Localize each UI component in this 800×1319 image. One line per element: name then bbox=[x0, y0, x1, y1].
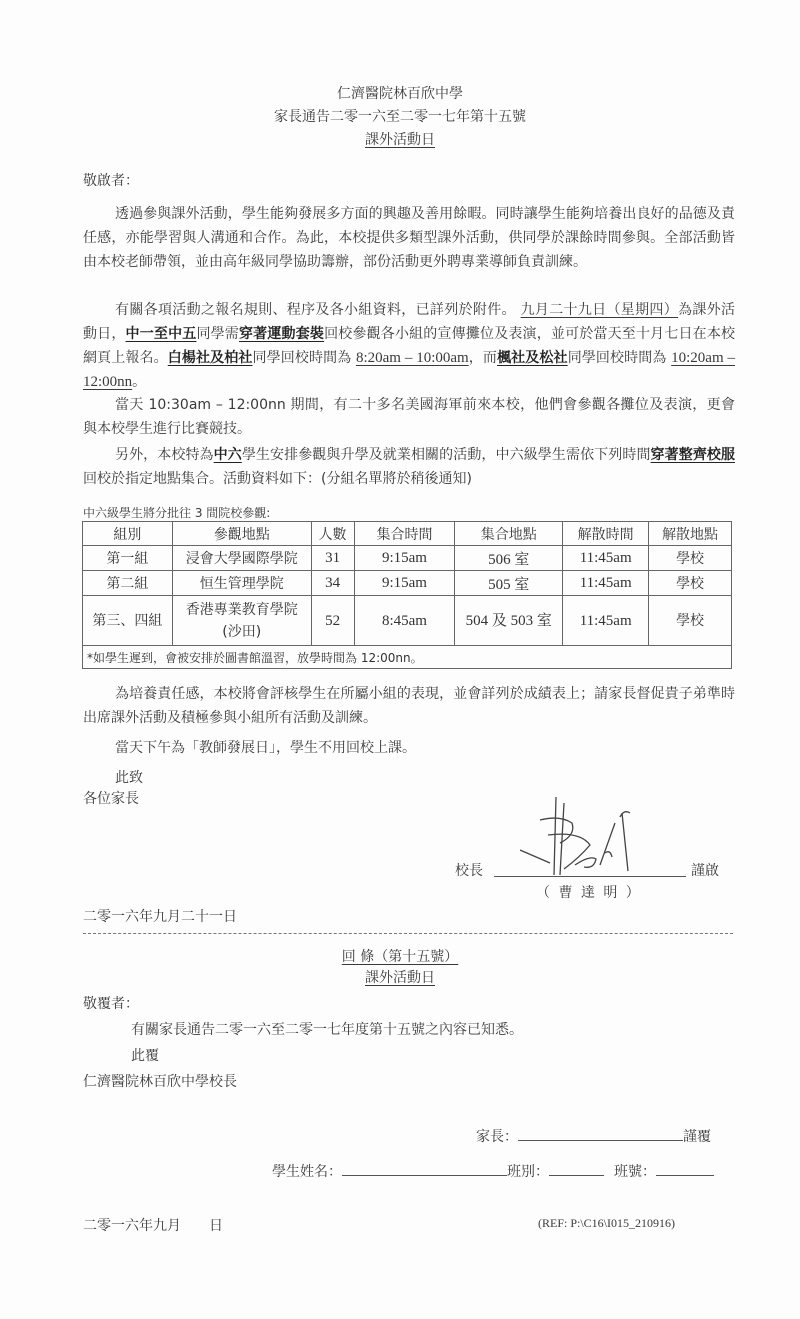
form6-label: 中六 bbox=[214, 447, 242, 463]
principal-label: 校長 bbox=[455, 860, 483, 880]
houses-group-2: 楓社及松社 bbox=[497, 350, 568, 366]
p2-text-5: 同學回校時間為 bbox=[253, 350, 356, 366]
salutation: 敬啟者： bbox=[83, 170, 139, 190]
forms-range: 中一至中五 bbox=[126, 326, 197, 342]
p2-text-8: 。 bbox=[132, 374, 146, 390]
class-number-label: 班號： bbox=[614, 1164, 656, 1180]
table-row: 第一組 浸會大學國際學院 31 9:15am 506 室 11:45am 學校 bbox=[83, 546, 732, 571]
notice-number: 家長通告二零一六至二零一七年第十五號 bbox=[0, 106, 800, 126]
notice-date: 二零一六年九月二十一日 bbox=[83, 906, 237, 926]
visit-schedule-table: 組別 參觀地點 人數 集合時間 集合地點 解散時間 解散地點 第一組 浸會大學國… bbox=[82, 521, 732, 669]
cell-group: 第三、四組 bbox=[83, 596, 173, 646]
col-header-place: 參觀地點 bbox=[172, 522, 311, 546]
cell-dismiss-time: 11:45am bbox=[563, 546, 649, 571]
student-name-input[interactable] bbox=[342, 1161, 507, 1176]
parent-label: 家長： bbox=[476, 1129, 518, 1145]
uniform-requirement: 穿著整齊校服 bbox=[651, 447, 735, 463]
class-label: 班別： bbox=[507, 1164, 549, 1180]
school-name: 仁濟醫院林百欣中學 bbox=[0, 83, 800, 103]
reference-code: (REF: P:\C16\I015_210916) bbox=[538, 1216, 675, 1231]
p2-text-6: ，而 bbox=[469, 350, 497, 366]
principal-signature bbox=[520, 795, 660, 880]
paragraph-intro: 透過參與課外活動，學生能夠發展多方面的興趣及善用餘暇。同時讓學生能夠培養出良好的… bbox=[83, 202, 735, 274]
recipients: 各位家長 bbox=[83, 788, 139, 808]
reply-subject: 課外活動日 bbox=[365, 970, 435, 986]
cell-dismiss-place: 學校 bbox=[649, 546, 732, 571]
cell-count: 31 bbox=[311, 546, 354, 571]
class-number-input[interactable] bbox=[656, 1161, 714, 1176]
p4-text-2: 學生安排參觀與升學及就業相關的活動，中六級學生需依下列時間 bbox=[242, 447, 651, 463]
cell-assembly-time: 8:45am bbox=[354, 596, 455, 646]
respect-closing: 謹啟 bbox=[691, 860, 719, 880]
cell-assembly-time: 9:15am bbox=[354, 546, 455, 571]
signature-line bbox=[494, 876, 686, 877]
cell-dismiss-place: 學校 bbox=[649, 596, 732, 646]
parent-respect: 謹覆 bbox=[683, 1129, 711, 1145]
reply-subject-wrap: 課外活動日 bbox=[0, 967, 800, 987]
ci-zhi: 此致 bbox=[115, 767, 143, 787]
paragraph-teacher-dev-day: 當天下午為「教師發展日」，學生不用回校上課。 bbox=[115, 737, 416, 757]
cell-dismiss-place: 學校 bbox=[649, 571, 732, 596]
paragraph-form6: 另外，本校特為中六學生安排參觀與升學及就業相關的活動，中六級學生需依下列時間穿著… bbox=[83, 443, 735, 491]
houses-group-1: 白楊社及柏社 bbox=[168, 350, 253, 366]
reply-date: 二零一六年九月 日 bbox=[83, 1215, 223, 1235]
p2-text-1: 有關各項活動之報名規則、程序及各小組資料，已詳列於附件。 bbox=[115, 302, 521, 318]
paragraph-activity-day: 有關各項活動之報名規則、程序及各小組資料，已詳列於附件。 九月二十九日（星期四）… bbox=[83, 298, 735, 394]
parent-signature-input[interactable] bbox=[518, 1126, 683, 1141]
tear-off-line bbox=[83, 933, 733, 934]
cell-count: 34 bbox=[311, 571, 354, 596]
cell-place: 浸會大學國際學院 bbox=[172, 546, 311, 571]
cell-group: 第一組 bbox=[83, 546, 173, 571]
table-note-row: *如學生遲到，會被安排於圖書館溫習，放學時間為 12:00nn。 bbox=[83, 646, 732, 669]
col-header-assembly-place: 集合地點 bbox=[455, 522, 563, 546]
reply-salutation: 敬覆者： bbox=[83, 993, 139, 1013]
attire-requirement: 穿著運動套裝 bbox=[239, 326, 324, 342]
col-header-count: 人數 bbox=[311, 522, 354, 546]
cell-assembly-place: 506 室 bbox=[455, 546, 563, 571]
col-header-dismiss-time: 解散時間 bbox=[563, 522, 649, 546]
student-info-field: 學生姓名：班別：班號： bbox=[272, 1161, 714, 1181]
col-header-assembly-time: 集合時間 bbox=[354, 522, 455, 546]
reply-body: 有關家長通告二零一六至二零一七年度第十五號之內容已知悉。 bbox=[131, 1019, 523, 1039]
p4-text-1: 另外，本校特為 bbox=[115, 447, 214, 463]
principal-name: （ 曹 達 明 ） bbox=[536, 882, 642, 902]
notice-subject-text: 課外活動日 bbox=[365, 132, 435, 148]
cell-assembly-place: 505 室 bbox=[455, 571, 563, 596]
p2-text-3: 同學需 bbox=[196, 326, 239, 342]
late-note: *如學生遲到，會被安排於圖書館溫習，放學時間為 12:00nn。 bbox=[83, 646, 732, 669]
parent-signature-field: 家長：謹覆 bbox=[476, 1126, 711, 1146]
paragraph-navy-visit: 當天 10:30am – 12:00nn 期間，有二十多名美國海軍前來本校，他們… bbox=[83, 393, 735, 441]
paragraph-assessment: 為培養責任感，本校將會評核學生在所屬小組的表現，並會詳列於成績表上；請家長督促貴… bbox=[83, 682, 735, 730]
notice-subject: 課外活動日 bbox=[0, 129, 800, 149]
cell-place: 恒生管理學院 bbox=[172, 571, 311, 596]
cell-group: 第二組 bbox=[83, 571, 173, 596]
p4-text-3: 回校於指定地點集合。活動資料如下：(分組名單將於稍後通知) bbox=[83, 471, 472, 487]
cell-count: 52 bbox=[311, 596, 354, 646]
cell-assembly-place: 504 及 503 室 bbox=[455, 596, 563, 646]
cell-dismiss-time: 11:45am bbox=[563, 571, 649, 596]
reply-ci-fu: 此覆 bbox=[131, 1045, 159, 1065]
reply-recipient: 仁濟醫院林百欣中學校長 bbox=[83, 1071, 237, 1091]
cell-dismiss-time: 11:45am bbox=[563, 596, 649, 646]
student-name-label: 學生姓名： bbox=[272, 1164, 342, 1180]
cell-place-line1: 香港專業教育學院 bbox=[173, 599, 311, 621]
table-caption: 中六級學生將分批往 3 間院校參觀: bbox=[83, 504, 270, 521]
reply-title-wrap: 回 條（第十五號） bbox=[0, 946, 800, 966]
reply-title: 回 條（第十五號） bbox=[342, 949, 458, 965]
class-input[interactable] bbox=[549, 1161, 604, 1176]
col-header-group: 組別 bbox=[83, 522, 173, 546]
table-row: 第三、四組 香港專業教育學院(沙田) 52 8:45am 504 及 503 室… bbox=[83, 596, 732, 646]
col-header-dismiss-place: 解散地點 bbox=[649, 522, 732, 546]
table-row: 第二組 恒生管理學院 34 9:15am 505 室 11:45am 學校 bbox=[83, 571, 732, 596]
cell-assembly-time: 9:15am bbox=[354, 571, 455, 596]
activity-date: 九月二十九日（星期四） bbox=[521, 302, 678, 318]
cell-place-line2: (沙田) bbox=[173, 621, 311, 643]
p2-text-7: 同學回校時間為 bbox=[568, 350, 671, 366]
return-time-1: 8:20am – 10:00am bbox=[356, 350, 469, 366]
cell-place: 香港專業教育學院(沙田) bbox=[172, 596, 311, 646]
table-header-row: 組別 參觀地點 人數 集合時間 集合地點 解散時間 解散地點 bbox=[83, 522, 732, 546]
